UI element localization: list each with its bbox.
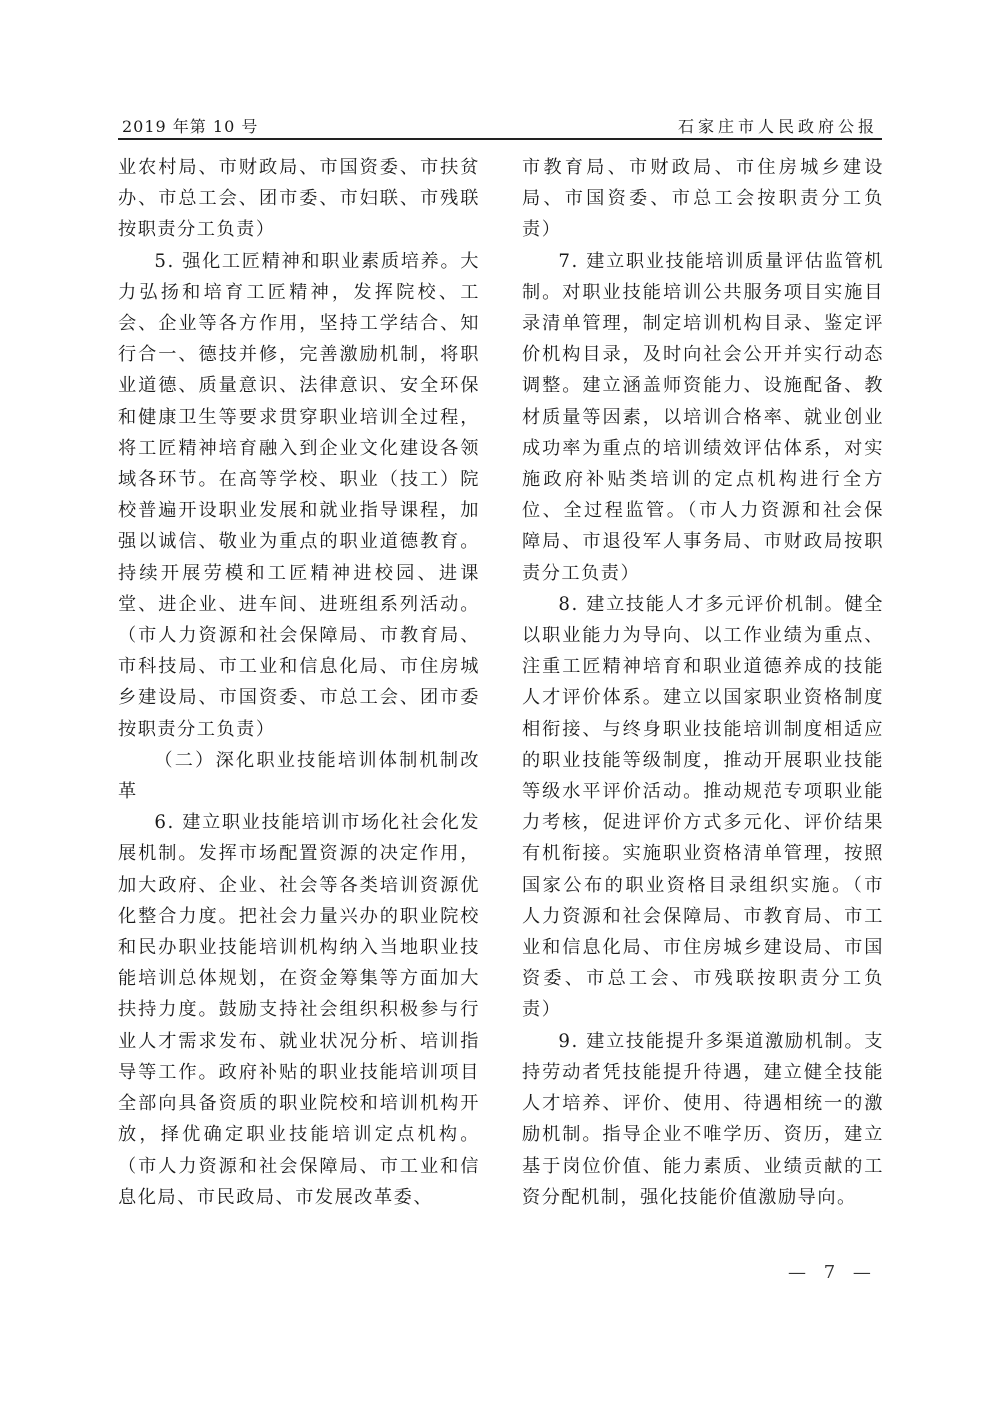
page-number: — 7 — — [788, 1262, 877, 1283]
paragraph-item-6: 6. 建立职业技能培训市场化社会化发展机制。发挥市场配置资源的决定作用，加大政府… — [118, 807, 480, 1213]
paragraph-item-9: 9. 建立技能提升多渠道激励机制。支持劳动者凭技能提升待遇，建立健全技能人才培养… — [522, 1026, 884, 1213]
right-column: 市教育局、市财政局、市住房城乡建设局、市国资委、市总工会按职责分工负责） 7. … — [522, 152, 884, 1213]
paragraph-item-5: 5. 强化工匠精神和职业素质培养。大力弘扬和培育工匠精神，发挥院校、工会、企业等… — [118, 246, 480, 745]
paragraph-item-8: 8. 建立技能人才多元评价机制。健全以职业能力为导向、以工作业绩为重点、注重工匠… — [522, 589, 884, 1026]
continuation-text: 市教育局、市财政局、市住房城乡建设局、市国资委、市总工会按职责分工负责） — [522, 152, 884, 246]
paragraph-item-7: 7. 建立职业技能培训质量评估监管机制。对职业技能培训公共服务项目实施目录清单管… — [522, 246, 884, 589]
publication-title: 石家庄市人民政府公报 — [678, 114, 878, 137]
section-heading: （二）深化职业技能培训体制机制改革 — [118, 745, 480, 807]
continuation-text: 业农村局、市财政局、市国资委、市扶贫办、市总工会、团市委、市妇联、市残联按职责分… — [118, 152, 480, 246]
issue-label: 2019 年第 10 号 — [122, 114, 258, 137]
page-header: 2019 年第 10 号 石家庄市人民政府公报 — [118, 112, 882, 140]
left-column: 业农村局、市财政局、市国资委、市扶贫办、市总工会、团市委、市妇联、市残联按职责分… — [118, 152, 480, 1213]
